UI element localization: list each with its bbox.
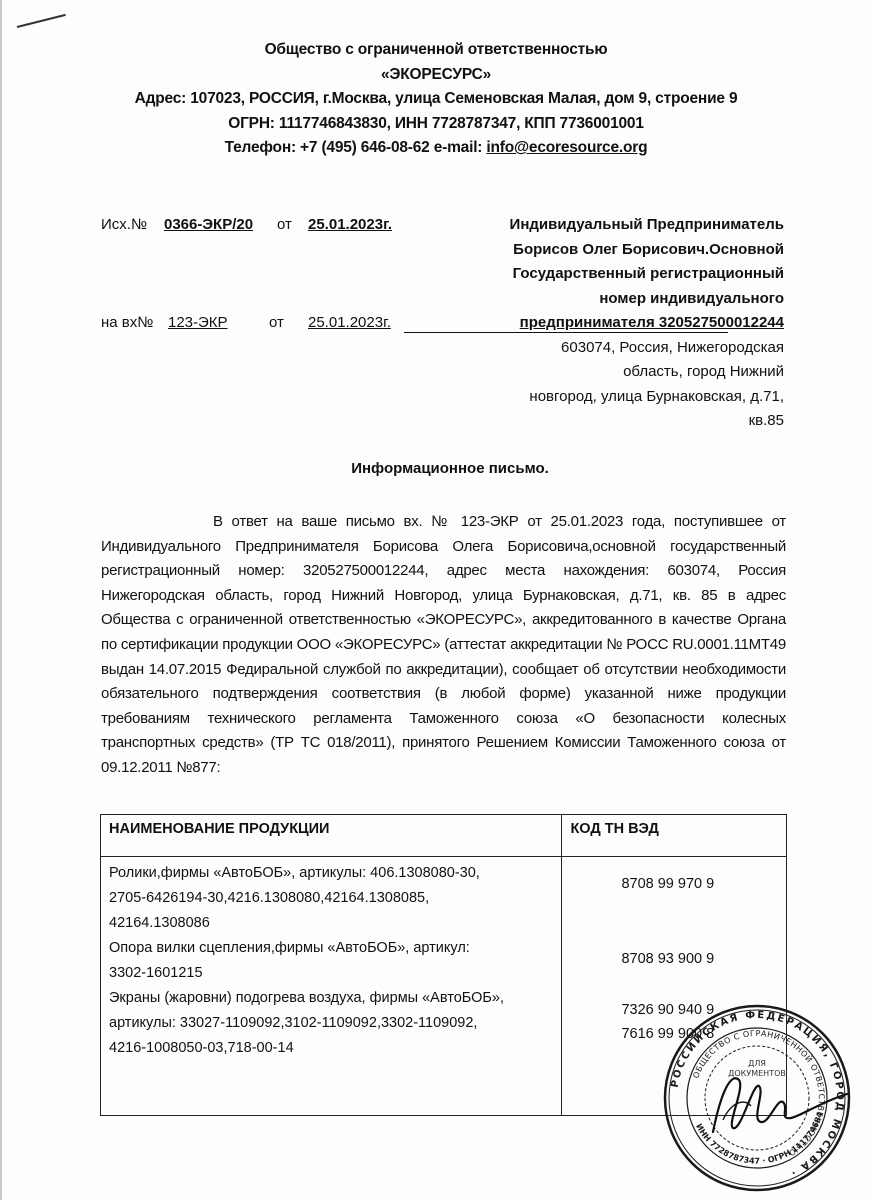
table-header-row: НАИМЕНОВАНИЕ ПРОДУКЦИИ КОД ТН ВЭД — [101, 815, 787, 857]
product-line: Опора вилки сцепления,фирмы «АвтоБОБ», а… — [109, 936, 555, 961]
header-product-name: НАИМЕНОВАНИЕ ПРОДУКЦИИ — [101, 815, 562, 857]
org-phone: Телефон: +7 (495) 646-08-62 e-mail: — [225, 139, 487, 156]
addressee-underline — [404, 332, 728, 333]
outgoing-from-label: от — [277, 216, 292, 233]
incoming-number: 123-ЭКР — [168, 314, 261, 331]
org-email-link[interactable]: info@ecoresource.org — [486, 139, 647, 156]
product-line: 2705-6426194-30,4216.1308080,42164.13080… — [109, 886, 555, 911]
tnved-code: 8708 99 970 9 — [621, 876, 714, 892]
letter-page: Общество с ограниченной ответственностью… — [0, 0, 872, 1200]
addressee-line: номер индивидуального — [404, 287, 784, 312]
addressee-line: Борисов Олег Борисович.Основной — [404, 238, 784, 263]
org-contacts: Телефон: +7 (495) 646-08-62 e-mail: info… — [0, 136, 872, 161]
addressee-address-line: область, город Нижний — [404, 360, 784, 385]
letter-body: В ответ на ваше письмо вх. № 123-ЭКР от … — [101, 510, 786, 781]
svg-text:ДЛЯ: ДЛЯ — [748, 1059, 766, 1068]
addressee-line: Государственный регистрационный — [404, 262, 784, 287]
org-registration: ОГРН: 1117746843830, ИНН 7728787347, КПП… — [0, 112, 872, 137]
addressee-address-line: новгород, улица Бурнаковская, д.71, — [404, 385, 784, 410]
product-line: артикулы: 33027-1109092,3102-1109092,330… — [109, 1011, 555, 1036]
outgoing-date: 25.01.2023г. — [308, 216, 392, 233]
addressee-address-line: кв.85 — [404, 409, 784, 434]
scan-edge — [0, 0, 2, 1200]
org-address: Адрес: 107023, РОССИЯ, г.Москва, улица С… — [0, 87, 872, 112]
outgoing-number: 0366-ЭКР/20 — [164, 216, 253, 233]
letter-body-text: В ответ на ваше письмо вх. № 123-ЭКР от … — [101, 513, 786, 776]
product-line: Экраны (жаровни) подогрева воздуха, фирм… — [109, 986, 555, 1011]
product-line: 42164.1308086 — [109, 911, 555, 936]
product-line: 3302-1601215 — [109, 961, 555, 986]
org-form: Общество с ограниченной ответственностью — [0, 38, 872, 63]
product-line: Ролики,фирмы «АвтоБОБ», артикулы: 406.13… — [109, 861, 555, 886]
addressee-line: Индивидуальный Предприниматель — [404, 213, 784, 238]
incoming-label: на вх№ — [101, 314, 153, 331]
product-line: 4216-1008050-03,718-00-14 — [109, 1036, 555, 1061]
outgoing-label: Исх.№ — [101, 216, 147, 233]
addressee-address-line: 603074, Россия, Нижегородская — [404, 336, 784, 361]
addressee-block: Индивидуальный Предприниматель Борисов О… — [404, 213, 784, 434]
incoming-from-label: от — [269, 314, 284, 331]
header-tnved-code: КОД ТН ВЭД — [562, 815, 787, 857]
letterhead: Общество с ограниченной ответственностью… — [0, 38, 872, 161]
svg-text:ДОКУМЕНТОВ: ДОКУМЕНТОВ — [728, 1069, 786, 1078]
document-title: Информационное письмо. — [0, 460, 872, 477]
company-seal-stamp-icon: РОССИЙСКАЯ ФЕДЕРАЦИЯ, ГОРОД МОСКВА · ОБЩ… — [661, 1002, 853, 1194]
scan-artifact-mark — [17, 14, 66, 28]
tnved-code: 8708 93 900 9 — [621, 951, 714, 967]
products-cell: Ролики,фирмы «АвтоБОБ», артикулы: 406.13… — [101, 857, 562, 1116]
org-name: «ЭКОРЕСУРС» — [0, 63, 872, 88]
incoming-date: 25.01.2023г. — [308, 314, 391, 331]
